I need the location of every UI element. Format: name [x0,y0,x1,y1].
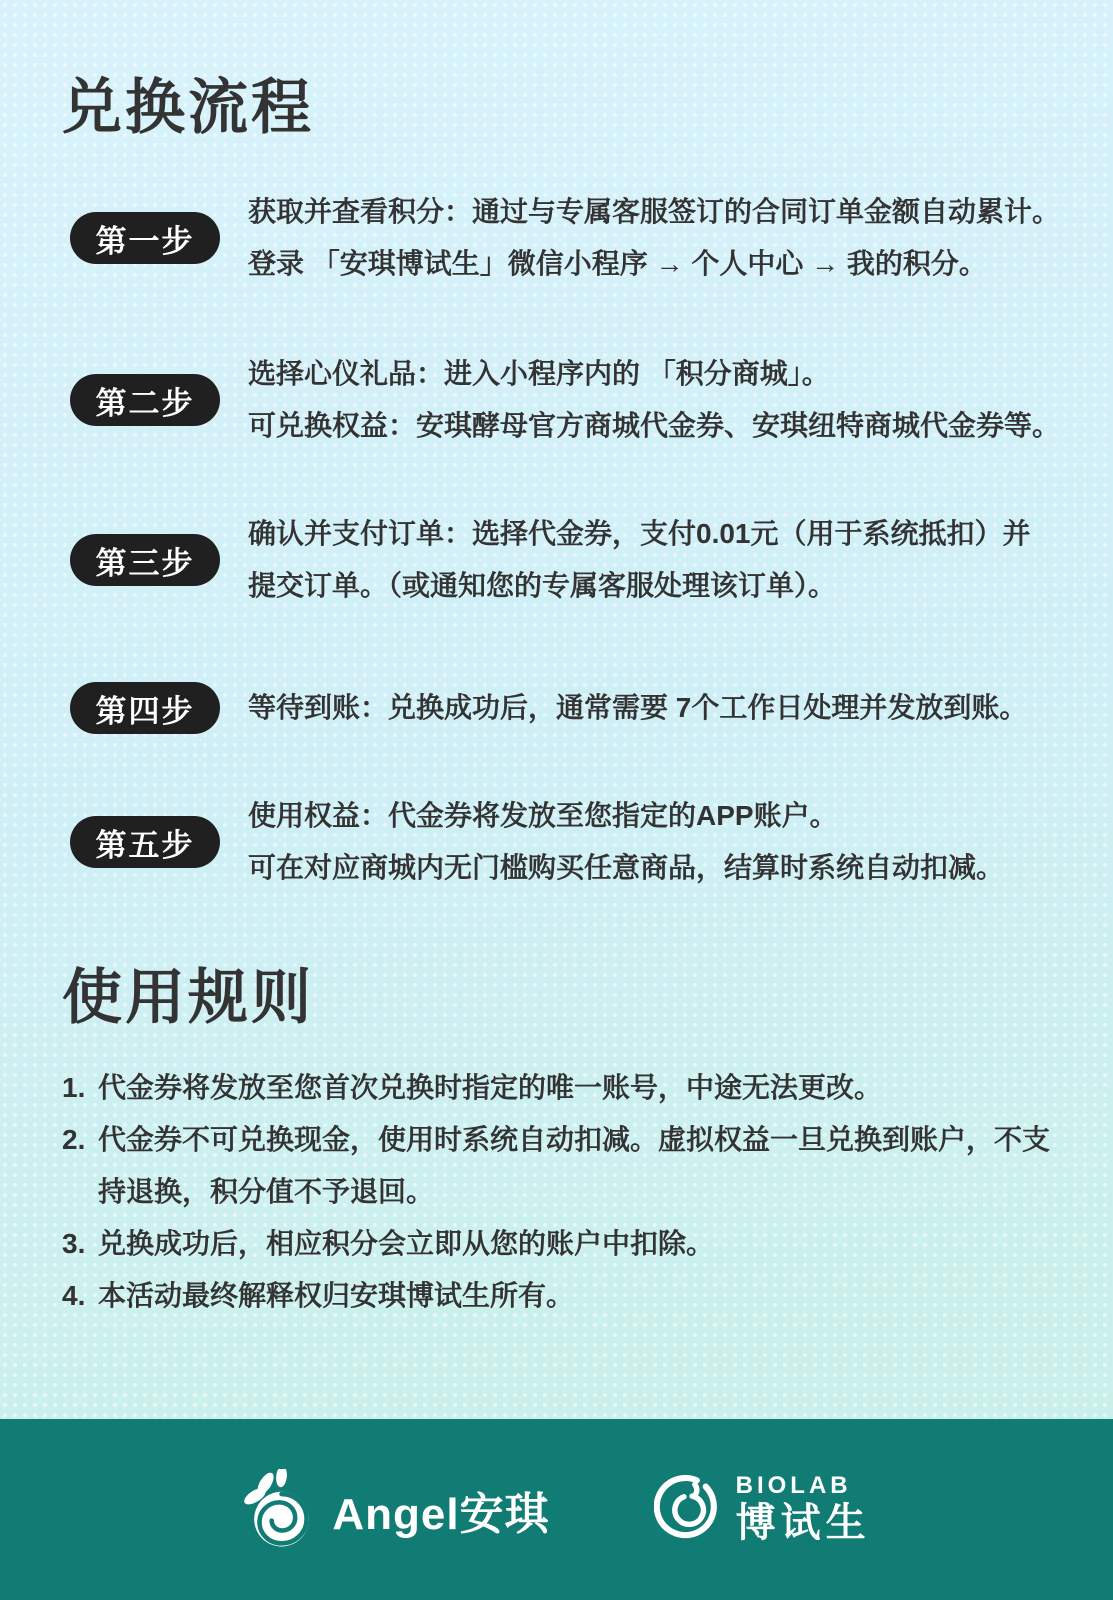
step-2-text: 选择心仪礼品：进入小程序内的 「积分商城」。 可兑换权益：安琪酵母官方商城代金券… [248,348,1060,452]
rule-3-text: 兑换成功后，相应积分会立即从您的账户中扣除。 [98,1228,714,1259]
step-2-line-1: 选择心仪礼品：进入小程序内的 「积分商城」。 [248,348,1060,400]
biolab-logo: BIOLAB 博试生 [654,1473,871,1545]
rule-item-4: 4. 本活动最终解释权归安琪博试生所有。 [62,1270,1072,1322]
step-1-text: 获取并查看积分：通过与专属客服签订的合同订单金额自动累计。 登录 「安琪博试生」… [248,186,1060,290]
rule-4-number: 4. [62,1270,85,1322]
step-3-badge: 第三步 [70,534,220,586]
footer-bar: Angel安琪 BIOLAB 博试生 [0,1419,1113,1600]
angel-swirl-icon [242,1469,318,1551]
step-1-line-1: 获取并查看积分：通过与专属客服签订的合同订单金额自动累计。 [248,186,1060,238]
step-3-text: 确认并支付订单：选择代金券，支付0.01元（用于系统抵扣）并 提交订单。（或通知… [248,508,1031,612]
step-5-text: 使用权益：代金券将发放至您指定的APP账户。 可在对应商城内无门槛购买任意商品，… [248,790,1004,894]
step-4-line-1: 等待到账：兑换成功后，通常需要 7个工作日处理并发放到账。 [248,682,1027,734]
step-1-badge: 第一步 [70,212,220,264]
rule-item-3: 3. 兑换成功后，相应积分会立即从您的账户中扣除。 [62,1218,1072,1270]
step-2-badge: 第二步 [70,374,220,426]
promo-page: 兑换流程 第一步 获取并查看积分：通过与专属客服签订的合同订单金额自动累计。 登… [0,0,1113,1600]
biolab-ring-icon [654,1475,722,1543]
step-4-badge: 第四步 [70,682,220,734]
biolab-text-column: BIOLAB 博试生 [736,1473,871,1545]
step-2-line-2: 可兑换权益：安琪酵母官方商城代金券、安琪纽特商城代金券等。 [248,400,1060,452]
step-row-5: 第五步 使用权益：代金券将发放至您指定的APP账户。 可在对应商城内无门槛购买任… [70,790,1073,894]
step-3-line-2: 提交订单。（或通知您的专属客服处理该订单）。 [248,560,1031,612]
step-row-3: 第三步 确认并支付订单：选择代金券，支付0.01元（用于系统抵扣）并 提交订单。… [70,508,1073,612]
rule-2-number: 2. [62,1114,85,1166]
step-1-line-2: 登录 「安琪博试生」微信小程序 → 个人中心 → 我的积分。 [248,238,1060,290]
step-5-line-2: 可在对应商城内无门槛购买任意商品，结算时系统自动扣减。 [248,842,1004,894]
rule-item-1: 1. 代金券将发放至您首次兑换时指定的唯一账号，中途无法更改。 [62,1062,1072,1114]
angel-wordmark: Angel安琪 [332,1478,549,1542]
rule-1-text: 代金券将发放至您首次兑换时指定的唯一账号，中途无法更改。 [98,1072,882,1103]
rule-1-number: 1. [62,1062,85,1114]
step-5-line-1: 使用权益：代金券将发放至您指定的APP账户。 [248,790,1004,842]
biolab-brand-text: BIOLAB [736,1473,871,1499]
rule-4-text: 本活动最终解释权归安琪博试生所有。 [98,1280,574,1311]
angel-logo: Angel安琪 [242,1469,549,1551]
rule-2-text: 代金券不可兑换现金，使用时系统自动扣减。虚拟权益一旦兑换到账户，不支持退换，积分… [98,1124,1050,1207]
step-5-badge: 第五步 [70,816,220,868]
rules-section-title: 使用规则 [62,966,314,1029]
biolab-name-text: 博试生 [736,1500,871,1546]
step-row-1: 第一步 获取并查看积分：通过与专属客服签订的合同订单金额自动累计。 登录 「安琪… [70,186,1073,290]
step-row-4: 第四步 等待到账：兑换成功后，通常需要 7个工作日处理并发放到账。 [70,682,1073,734]
rule-3-number: 3. [62,1218,85,1270]
rule-item-2: 2. 代金券不可兑换现金，使用时系统自动扣减。虚拟权益一旦兑换到账户，不支持退换… [62,1114,1072,1218]
step-4-text: 等待到账：兑换成功后，通常需要 7个工作日处理并发放到账。 [248,682,1027,734]
step-3-line-1: 确认并支付订单：选择代金券，支付0.01元（用于系统抵扣）并 [248,508,1031,560]
rules-list: 1. 代金券将发放至您首次兑换时指定的唯一账号，中途无法更改。 2. 代金券不可… [62,1062,1072,1322]
step-row-2: 第二步 选择心仪礼品：进入小程序内的 「积分商城」。 可兑换权益：安琪酵母官方商… [70,348,1073,452]
process-section-title: 兑换流程 [62,76,314,139]
